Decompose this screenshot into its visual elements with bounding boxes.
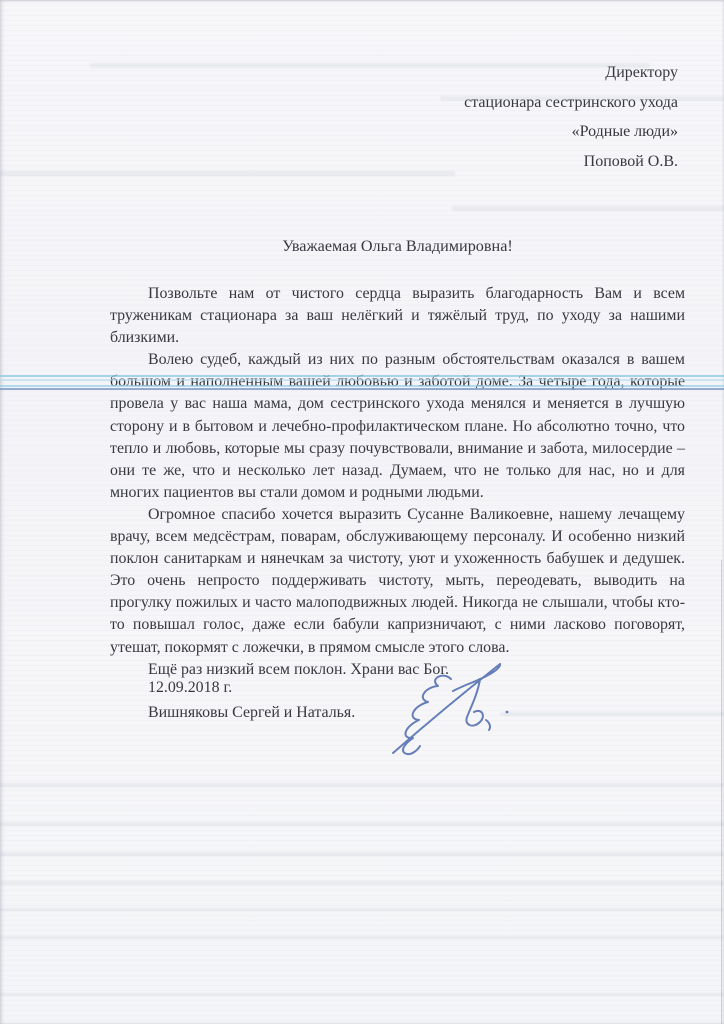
scanned-letter-page: Директору стационара сестринского ухода … [0,0,724,1024]
recipient-line-person: Поповой О.В. [464,147,678,177]
ghost-band [452,206,724,211]
ghost-band [0,171,455,176]
ghost-band [0,822,724,826]
handwritten-signature-icon [383,648,523,766]
paragraph-gratitude: Позвольте нам от чистого сердца выразить… [110,283,685,349]
letter-date: 12.09.2018 г. [148,676,355,701]
ghost-band [0,852,724,856]
salutation: Уважаемая Ольга Владимировна! [110,237,685,256]
ghost-band [500,712,724,716]
ghost-band [0,908,724,911]
ghost-band [0,881,724,885]
recipient-line-title: Директору [464,58,678,88]
paragraph-staff: Огромное спасибо хочется выразить Сусанн… [110,504,685,659]
recipient-line-name: «Родные люди» [464,117,678,147]
recipient-block: Директору стационара сестринского ухода … [464,58,678,176]
scan-edge-line [721,560,722,1024]
letter-body: Позвольте нам от чистого сердца выразить… [110,283,685,681]
signoff-block: 12.09.2018 г. Вишняковы Сергей и Наталья… [148,676,355,725]
signer-names: Вишняковы Сергей и Наталья. [148,701,355,726]
ghost-band [0,783,724,787]
recipient-line-facility: стационара сестринского ухода [464,88,678,118]
ghost-band [0,936,724,939]
ghost-band [0,993,724,996]
paragraph-home: Волею судеб, каждый из них по разным обс… [110,349,685,504]
